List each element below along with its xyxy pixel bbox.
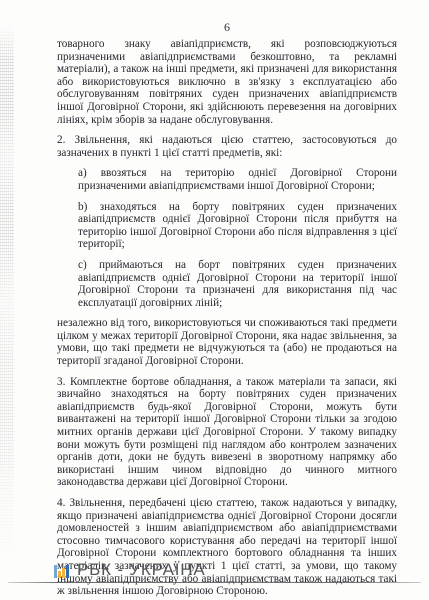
page-number: 6: [57, 20, 397, 35]
scan-noise-left-edge: [0, 0, 14, 600]
logo-text: РБК - УКРАЇНА: [77, 560, 206, 580]
paragraph-clause-3: 3. Комплектне бортове обладнання, а тако…: [57, 376, 397, 489]
paragraph-continuation: товарного знаку авіапідприємств, які роз…: [57, 38, 397, 126]
paragraph-clause-2: 2. Звільнення, які надаються цією статте…: [57, 134, 397, 159]
paragraph-proviso: незалежно від того, використовуються чи …: [57, 317, 397, 367]
footer: РБК - УКРАЇНА: [0, 554, 429, 600]
list-item-c: c) приймаються на борт повітряних суден …: [57, 259, 397, 309]
list-item-b: b) знаходяться на борту повітряних суден…: [57, 201, 397, 251]
scanned-document-page: 6 товарного знаку авіапідприємств, які р…: [0, 0, 429, 600]
rbc-ukraine-logo: РБК - УКРАЇНА: [54, 560, 206, 580]
list-item-a: а) ввозяться на територію однієї Договір…: [57, 167, 397, 192]
document-body: товарного знаку авіапідприємств, які роз…: [57, 38, 397, 598]
footer-divider: [8, 582, 421, 583]
bar-chart-logo-icon: [54, 562, 71, 579]
